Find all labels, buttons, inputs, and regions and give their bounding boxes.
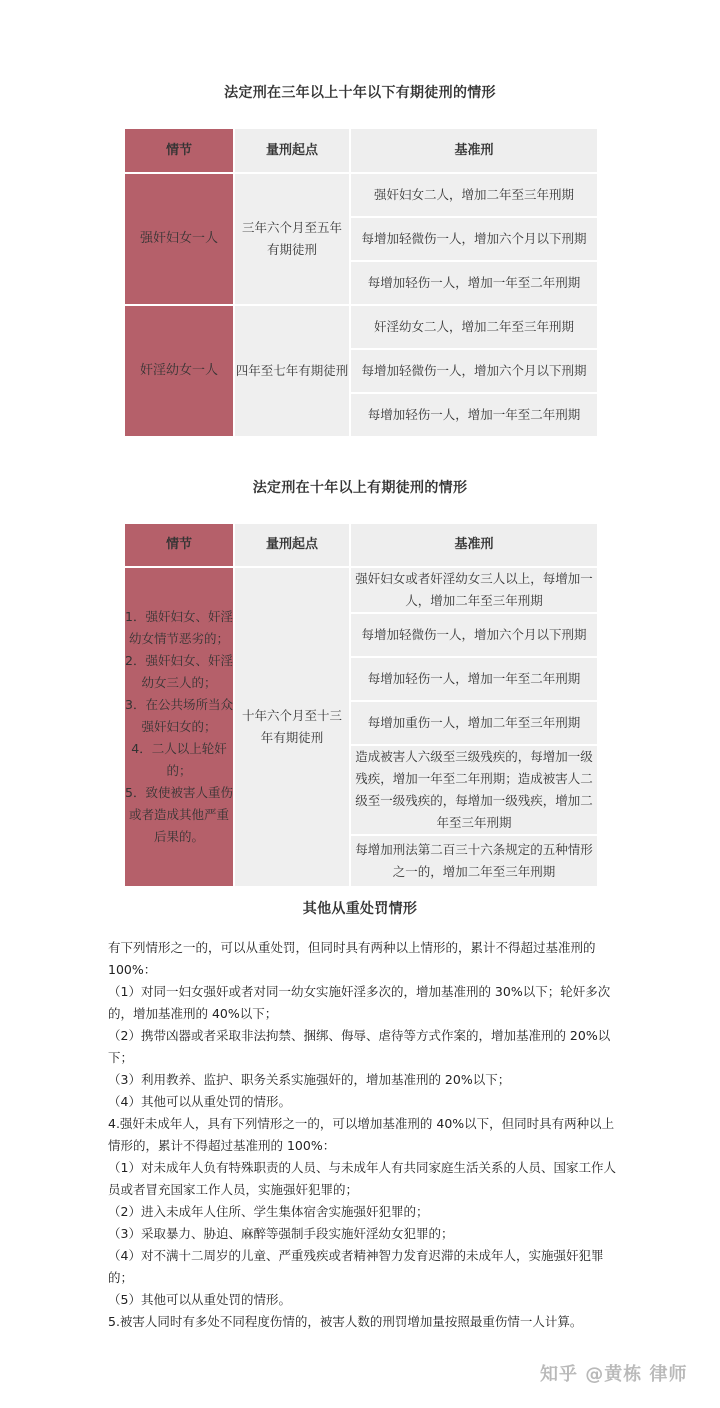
header-circumstance: 情节: [125, 524, 233, 566]
circumstance-item: 3．在公共场所当众强奸妇女的；: [125, 694, 233, 738]
watermark-author: @黄栋 律师: [585, 1364, 687, 1385]
circumstance-item: 4．二人以上轮奸的；: [125, 738, 233, 782]
aggravating-circumstances-text: 有下列情形之一的，可以从重处罚，但同时具有两种以上情形的，累计不得超过基准刑的1…: [108, 937, 618, 1333]
benchmark-cell: 每增加轻伤一人，增加一年至二年刑期: [351, 262, 597, 304]
paragraph: （3）利用教养、监护、职务关系实施强奸的，增加基准刑的 20%以下；: [108, 1069, 618, 1091]
starting-point-cell: 十年六个月至十三年有期徒刑: [235, 568, 349, 886]
paragraph: （4）其他可以从重处罚的情形。: [108, 1091, 618, 1113]
section2-title: 法定刑在十年以上有期徒刑的情形: [0, 477, 720, 497]
section3-title: 其他从重处罚情形: [0, 898, 720, 918]
header-starting-point: 量刑起点: [235, 524, 349, 566]
sentencing-table-2: 情节 量刑起点 基准刑 1．强奸妇女、奸淫幼女情节恶劣的； 2．强奸妇女、奸淫幼…: [123, 522, 599, 888]
benchmark-cell: 每增加刑法第二百三十六条规定的五种情形之一的，增加二年至三年刑期: [351, 836, 597, 886]
paragraph: （1）对同一妇女强奸或者对同一幼女实施奸淫多次的，增加基准刑的 30%以下；轮奸…: [108, 981, 618, 1025]
paragraph: 4.强奸未成年人，具有下列情形之一的，可以增加基准刑的 40%以下，但同时具有两…: [108, 1113, 618, 1157]
benchmark-cell: 造成被害人六级至三级残疾的，每增加一级残疾，增加一年至二年刑期；造成被害人二级至…: [351, 746, 597, 834]
paragraph: （4）对不满十二周岁的儿童、严重残疾或者精神智力发育迟滞的未成年人，实施强奸犯罪…: [108, 1245, 618, 1289]
paragraph: （2）携带凶器或者采取非法拘禁、捆绑、侮辱、虐待等方式作案的，增加基准刑的 20…: [108, 1025, 618, 1069]
section1-title: 法定刑在三年以上十年以下有期徒刑的情形: [0, 82, 720, 102]
benchmark-cell: 奸淫幼女二人，增加二年至三年刑期: [351, 306, 597, 348]
circumstance-cell: 强奸妇女一人: [125, 174, 233, 304]
circumstance-item: 1．强奸妇女、奸淫幼女情节恶劣的；: [125, 606, 233, 650]
zhihu-logo: 知乎: [540, 1364, 578, 1385]
paragraph: （2）进入未成年人住所、学生集体宿舍实施强奸犯罪的；: [108, 1201, 618, 1223]
circumstance-item: 2．强奸妇女、奸淫幼女三人的；: [125, 650, 233, 694]
benchmark-cell: 每增加轻伤一人，增加一年至二年刑期: [351, 658, 597, 700]
benchmark-cell: 每增加重伤一人，增加二年至三年刑期: [351, 702, 597, 744]
circumstance-item: 5．致使被害人重伤或者造成其他严重后果的。: [125, 782, 233, 848]
header-starting-point: 量刑起点: [235, 129, 349, 172]
header-benchmark: 基准刑: [351, 524, 597, 566]
paragraph: （1）对未成年人负有特殊职责的人员、与未成年人有共同家庭生活关系的人员、国家工作…: [108, 1157, 618, 1201]
benchmark-cell: 每增加轻微伤一人，增加六个月以下刑期: [351, 218, 597, 260]
starting-point-cell: 四年至七年有期徒刑: [235, 306, 349, 436]
benchmark-cell: 每增加轻微伤一人，增加六个月以下刑期: [351, 350, 597, 392]
header-circumstance: 情节: [125, 129, 233, 172]
sentencing-table-1: 情节 量刑起点 基准刑 强奸妇女一人 三年六个月至五年有期徒刑 强奸妇女二人，增…: [123, 127, 599, 438]
watermark: 知乎 @黄栋 律师: [540, 1360, 688, 1386]
circumstance-cell: 奸淫幼女一人: [125, 306, 233, 436]
benchmark-cell: 强奸妇女或者奸淫幼女三人以上，每增加一人，增加二年至三年刑期: [351, 568, 597, 612]
starting-point-cell: 三年六个月至五年有期徒刑: [235, 174, 349, 304]
benchmark-cell: 每增加轻伤一人，增加一年至二年刑期: [351, 394, 597, 436]
paragraph: （3）采取暴力、胁迫、麻醉等强制手段实施奸淫幼女犯罪的；: [108, 1223, 618, 1245]
circumstance-list-cell: 1．强奸妇女、奸淫幼女情节恶劣的； 2．强奸妇女、奸淫幼女三人的； 3．在公共场…: [125, 568, 233, 886]
benchmark-cell: 每增加轻微伤一人，增加六个月以下刑期: [351, 614, 597, 656]
paragraph: 5.被害人同时有多处不同程度伤情的，被害人数的刑罚增加量按照最重伤情一人计算。: [108, 1311, 618, 1333]
paragraph: （5）其他可以从重处罚的情形。: [108, 1289, 618, 1311]
benchmark-cell: 强奸妇女二人，增加二年至三年刑期: [351, 174, 597, 216]
header-benchmark: 基准刑: [351, 129, 597, 172]
paragraph: 有下列情形之一的，可以从重处罚，但同时具有两种以上情形的，累计不得超过基准刑的1…: [108, 937, 618, 981]
